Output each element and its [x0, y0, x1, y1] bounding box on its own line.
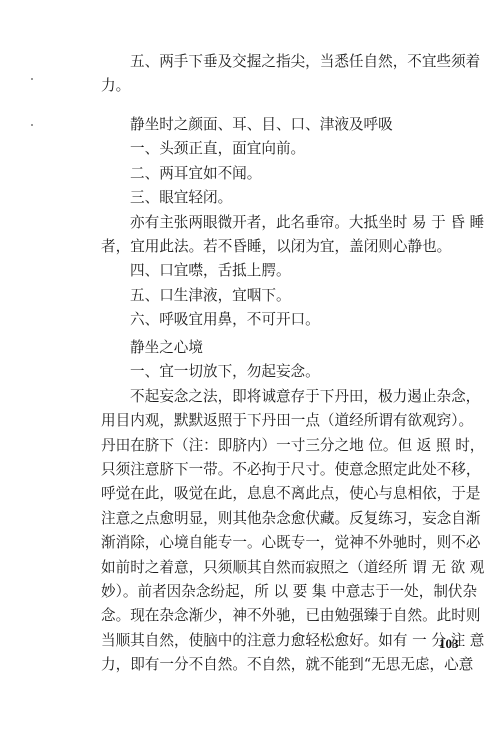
text-line: 用目内观，默默返照于下丹田一点（道经所谓有欲观窍）。 [101, 412, 467, 430]
text-line: 呼觉在此，吸觉在此，息息不离此点，使心与息相依，于是 [101, 485, 467, 503]
text-line: 力。 [101, 77, 467, 95]
text-line: 者，宜用此法。若不昏睡，以闭为宜，盖闭则心静也。 [101, 238, 467, 256]
section-heading: 静坐时之颜面、耳、目、口、津液及呼吸 [130, 116, 467, 134]
text-line: 念。现在杂念渐少，神不外驰，已由勉强臻于自然。此时则 [101, 607, 467, 625]
list-item: 五、口生津液，宜咽下。 [130, 287, 467, 305]
list-item: 四、口宜噤，舌抵上腭。 [130, 262, 467, 280]
text-line: 如前时之着意，只须顺其自然而寂照之（道经所 谓 无 欲 观 [101, 559, 467, 577]
text-line: 亦有主张两眼微开者，此名垂帘。大抵坐时 易 于 昏 睡 [130, 214, 467, 232]
page-number: 103 [439, 636, 459, 652]
text-line: 只须注意脐下一带。不必拘于尺寸。使意念照定此处不移， [101, 461, 467, 479]
text-line: 丹田在脐下（注：即脐内）一寸三分之地 位。但 返 照 时， [101, 437, 467, 455]
text-line: 渐消除，心境自能专一。心既专一，觉神不外驰时，则不必 [101, 534, 467, 552]
list-item: 二、两耳宜如不闻。 [130, 165, 467, 183]
scan-speck [31, 78, 33, 80]
list-item: 一、宜一切放下，勿起妄念。 [130, 363, 467, 381]
scan-speck [31, 124, 33, 126]
list-item: 一、头颈正直，面宜向前。 [130, 140, 467, 158]
book-page: 五、两手下垂及交握之指尖，当悉任自然，不宜些须着 力。 静坐时之颜面、耳、目、口… [0, 0, 485, 733]
text-line: 五、两手下垂及交握之指尖，当悉任自然，不宜些须着 [130, 53, 467, 71]
text-line: 力，即有一分不自然。不自然，就不能到“无思无虑，心意 [101, 656, 467, 674]
list-item: 三、眼宜轻闭。 [130, 189, 467, 207]
text-line: 妙）。前者因杂念纷起，所 以 要 集 中意志于一处，制伏杂 [101, 583, 467, 601]
section-heading: 静坐之心境 [130, 339, 467, 357]
text-line: 不起妄念之法，即将诚意存于下丹田，极力遏止杂念， [130, 388, 467, 406]
list-item: 六、呼吸宜用鼻，不可开口。 [130, 311, 467, 329]
text-line: 当顺其自然，使脑中的注意力愈轻松愈好。如有 一 分 注 意 [101, 632, 467, 650]
text-line: 注意之点愈明显，则其他杂念愈伏藏。反复练习，妄念自渐 [101, 510, 467, 528]
